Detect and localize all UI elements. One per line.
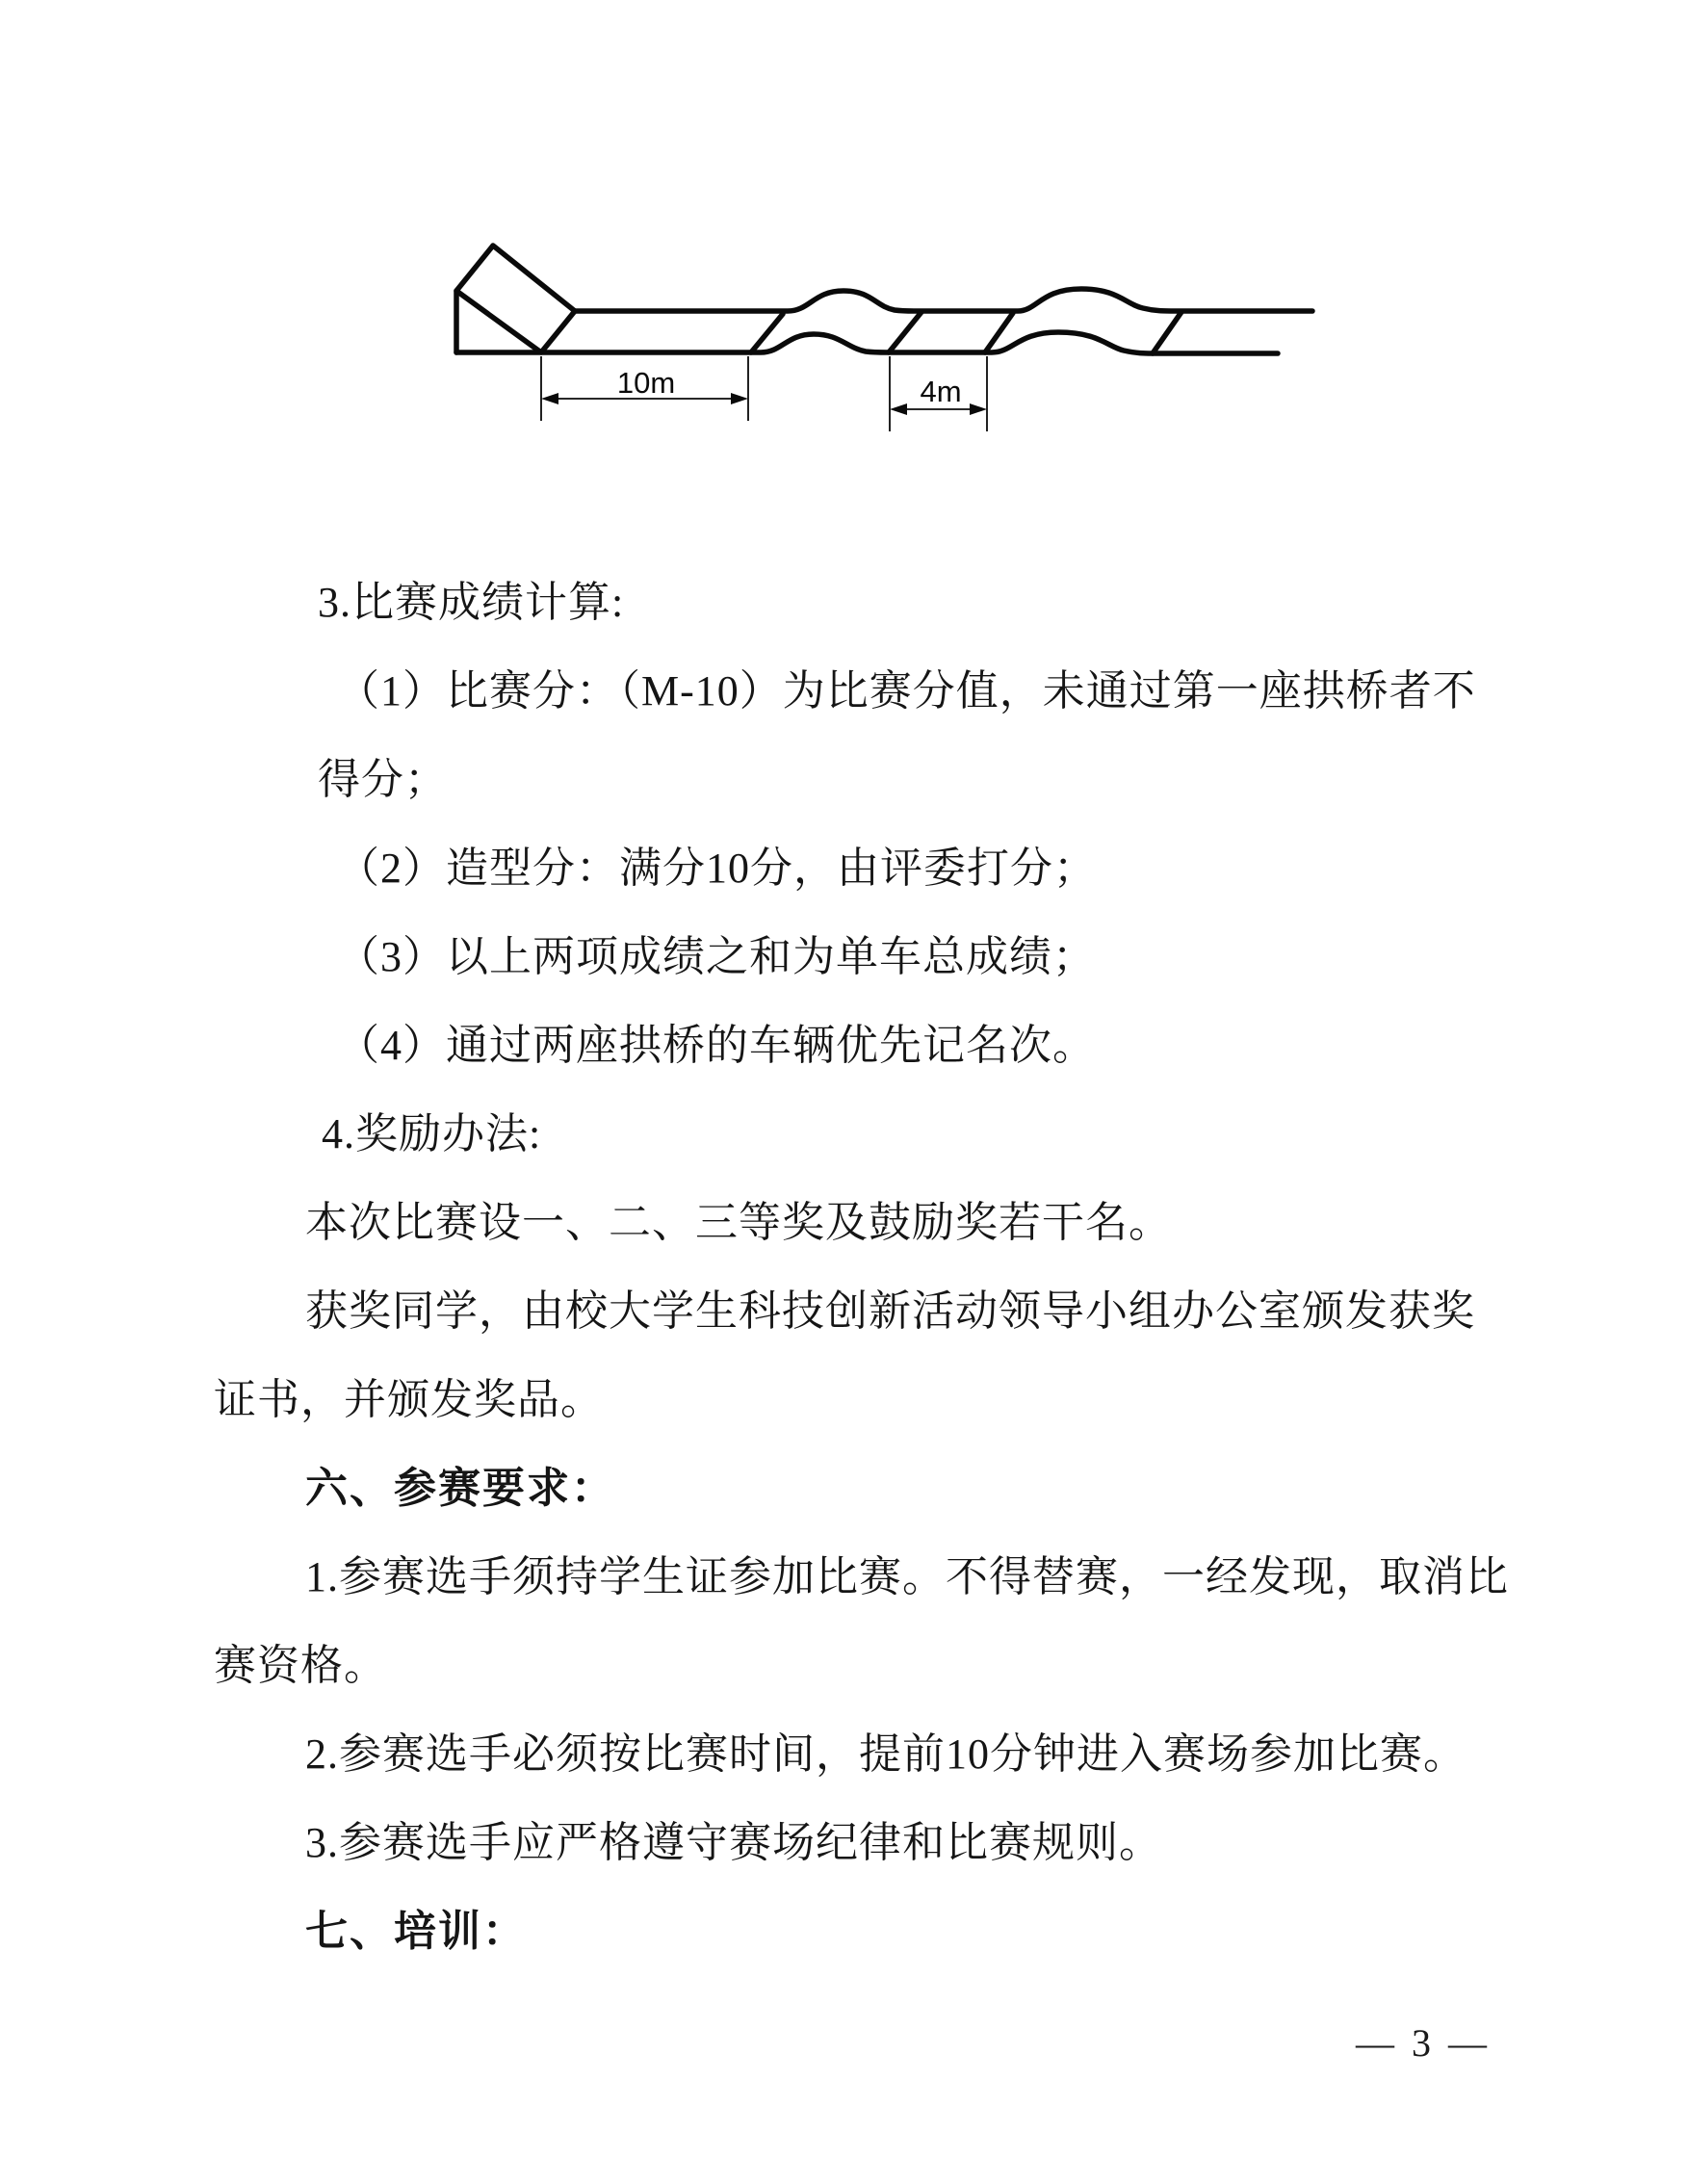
req-item-1-cont: 赛资格。 (214, 1643, 387, 1689)
section-6-heading: 六、参赛要求： (305, 1466, 615, 1512)
awards-para-2: 获奖同学，由校大学生科技创新活动领导小组办公室颁发获奖 (305, 1288, 1475, 1335)
item-3-sub2: （2）造型分：满分10分，由评委打分； (337, 845, 1097, 892)
section-7-heading: 七、培训： (305, 1909, 527, 1955)
item-3-sub1-cont: 得分； (318, 757, 448, 803)
awards-para-1: 本次比赛设一、二、三等奖及鼓励奖若干名。 (305, 1200, 1172, 1246)
dim-label-4m: 4m (920, 375, 961, 408)
item-4-heading: 4.奖励办法: (322, 1111, 541, 1157)
start-ramp-shape (456, 246, 575, 352)
item-3-sub1: （1）比赛分：（M-10）为比赛分值，未通过第一座拱桥者不 (337, 668, 1476, 715)
arrowhead-right (731, 393, 748, 404)
awards-para-2-cont: 证书，并颁发奖品。 (214, 1377, 604, 1423)
item-3-heading: 3.比赛成绩计算: (318, 580, 624, 626)
req-item-2: 2.参赛选手必须按比赛时间，提前10分钟进入赛场参加比赛。 (305, 1731, 1466, 1778)
track-top-edge (575, 289, 1312, 311)
dim-label-10m: 10m (617, 366, 675, 400)
page-number: — 3 — (1356, 2020, 1491, 2066)
section-cut-4 (1153, 312, 1181, 353)
item-3-sub3: （3）以上两项成绩之和为单车总成绩； (337, 934, 1096, 980)
section-cut-2 (889, 312, 921, 352)
arrowhead-left (890, 403, 907, 415)
arrowhead-left (541, 393, 558, 404)
req-item-3: 3.参赛选手应严格遵守赛场纪律和比赛规则。 (305, 1820, 1162, 1866)
course-diagram: 10m 4m (0, 0, 1687, 462)
arrowhead-right (970, 403, 987, 415)
document-page: 10m 4m 3.比赛成绩计算: （1）比赛分：（M-10）为比赛分值，未通过第… (0, 0, 1687, 2184)
item-3-sub4: （4）通过两座拱桥的车辆优先记名次。 (337, 1023, 1096, 1069)
req-item-1: 1.参赛选手须持学生证参加比赛。不得替赛，一经发现，取消比 (305, 1554, 1509, 1600)
